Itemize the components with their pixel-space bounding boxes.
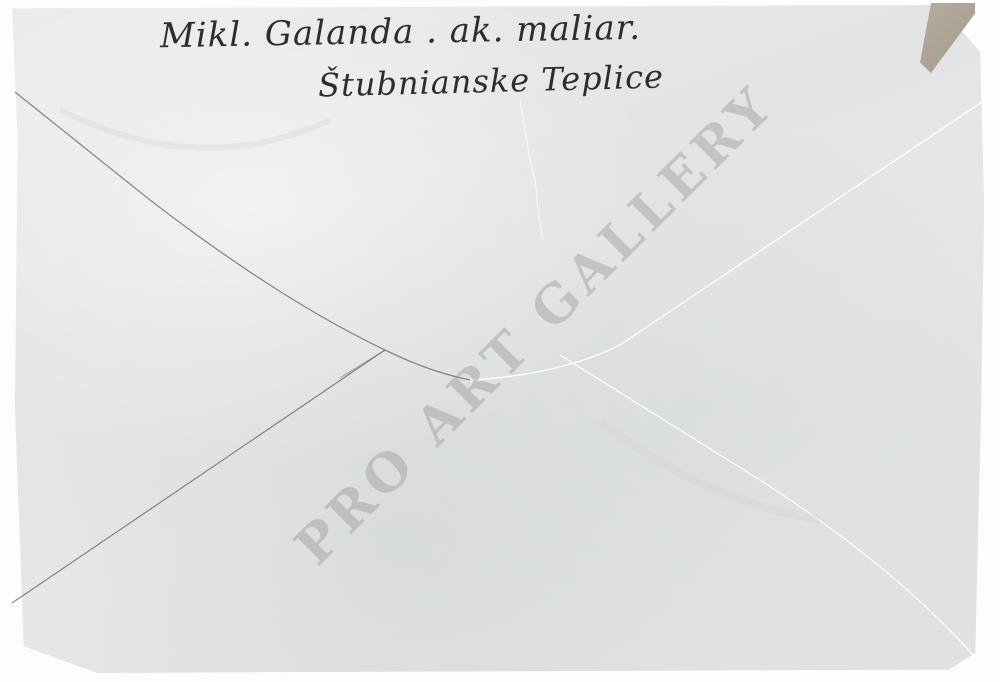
photo-background: Mikl. Galanda . ak. maliar. Štubnianske … (0, 0, 1000, 682)
handwritten-sender-name: Mikl. Galanda . ak. maliar. (160, 8, 642, 56)
